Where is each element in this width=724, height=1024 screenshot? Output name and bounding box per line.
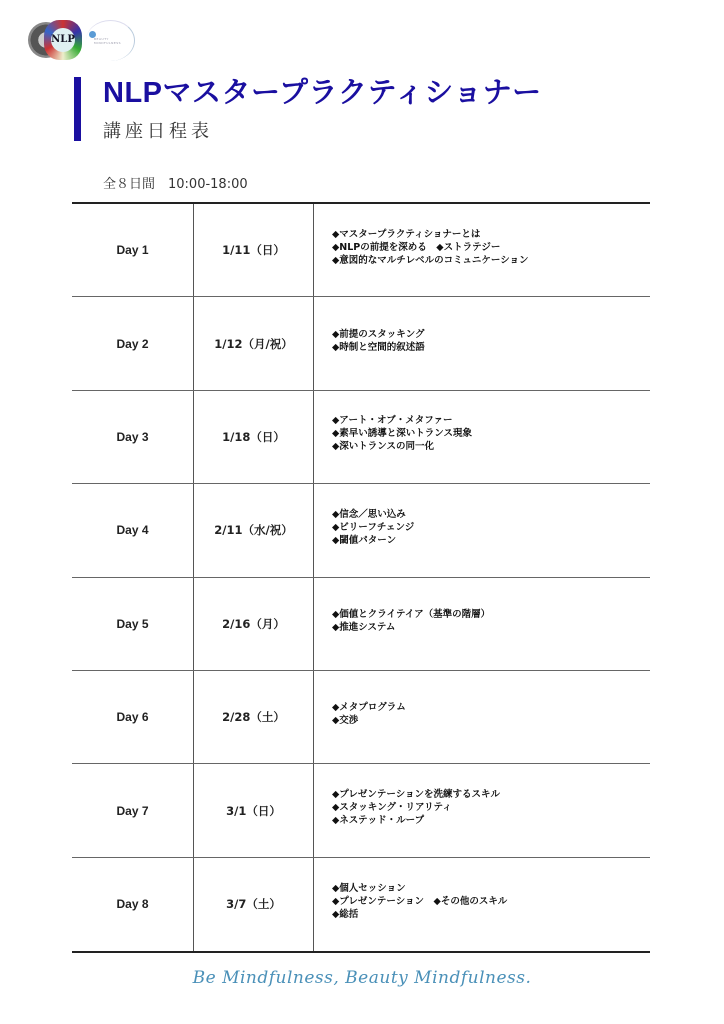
topics-cell: ◆メタプログラム ◆交渉: [314, 671, 650, 763]
date-cell: 2/11（水/祝）: [194, 484, 314, 576]
table-row: Day 2 1/12（月/祝） ◆前提のスタッキング ◆時制と空間的叙述語: [72, 297, 650, 390]
day-cell: Day 7: [72, 764, 194, 856]
day-cell: Day 8: [72, 858, 194, 951]
topic-item: ◆プレゼンテーションを洗練するスキル: [332, 788, 650, 801]
topic-item: ◆ビリーフチェンジ: [332, 521, 650, 534]
footer-tagline: Be Mindfulness, Beauty Mindfulness.: [0, 968, 724, 988]
nlp-logo-text: NLP: [51, 28, 75, 52]
nlp-logo-emblem: NLP: [44, 20, 82, 60]
table-row: Day 8 3/7（土） ◆個人セッション ◆プレゼンテーション ◆その他のスキ…: [72, 858, 650, 951]
topics-cell: ◆アート・オブ・メタファー ◆素早い誘導と深いトランス現象 ◆深いトランスの同一…: [314, 391, 650, 483]
topics-cell: ◆個人セッション ◆プレゼンテーション ◆その他のスキル ◆総括: [314, 858, 650, 951]
date-cell: 2/28（土）: [194, 671, 314, 763]
table-row: Day 6 2/28（土） ◆メタプログラム ◆交渉: [72, 671, 650, 764]
table-row: Day 1 1/11（日） ◆マスタープラクティショナーとは ◆NLPの前提を深…: [72, 204, 650, 297]
day-cell: Day 3: [72, 391, 194, 483]
topic-item: ◆プレゼンテーション ◆その他のスキル: [332, 895, 650, 908]
course-summary: 全８日間 10:00-18:00: [103, 173, 248, 192]
topic-item: ◆個人セッション: [332, 882, 650, 895]
topic-item: ◆マスタープラクティショナーとは: [332, 228, 650, 241]
topic-item: ◆意図的なマルチレベルのコミュニケーション: [332, 254, 650, 267]
nlp-logo: NLP: [28, 18, 80, 62]
topic-item: ◆ネステッド・ループ: [332, 814, 650, 827]
table-row: Day 3 1/18（日） ◆アート・オブ・メタファー ◆素早い誘導と深いトラン…: [72, 391, 650, 484]
table-row: Day 5 2/16（月） ◆価値とクライテイア（基準の階層） ◆推進システム: [72, 578, 650, 671]
schedule-table: Day 1 1/11（日） ◆マスタープラクティショナーとは ◆NLPの前提を深…: [72, 202, 650, 953]
topic-item: ◆深いトランスの同一化: [332, 440, 650, 453]
topics-cell: ◆プレゼンテーションを洗練するスキル ◆スタッキング・リアリティ ◆ネステッド・…: [314, 764, 650, 856]
date-cell: 3/7（土）: [194, 858, 314, 951]
topic-item: ◆推進システム: [332, 621, 650, 634]
page-subtitle: 講座日程表: [103, 117, 213, 143]
page-title: NLPマスタープラクティショナー: [103, 70, 542, 111]
day-cell: Day 4: [72, 484, 194, 576]
topics-cell: ◆マスタープラクティショナーとは ◆NLPの前提を深める ◆ストラテジー ◆意図…: [314, 204, 650, 296]
topic-item: ◆総括: [332, 908, 650, 921]
topics-cell: ◆前提のスタッキング ◆時制と空間的叙述語: [314, 297, 650, 389]
day-cell: Day 5: [72, 578, 194, 670]
topic-item: ◆前提のスタッキング: [332, 328, 650, 341]
topics-cell: ◆信念／思い込み ◆ビリーフチェンジ ◆閾値パターン: [314, 484, 650, 576]
day-cell: Day 1: [72, 204, 194, 296]
topic-item: ◆アート・オブ・メタファー: [332, 414, 650, 427]
beauty-mindfulness-logo: BEAUTY MINDFULNESS: [86, 20, 135, 61]
topic-item: ◆価値とクライテイア（基準の階層）: [332, 608, 650, 621]
topic-item: ◆交渉: [332, 714, 650, 727]
logos: NLP BEAUTY MINDFULNESS: [28, 18, 135, 62]
day-cell: Day 2: [72, 297, 194, 389]
date-cell: 1/12（月/祝）: [194, 297, 314, 389]
topic-item: ◆素早い誘導と深いトランス現象: [332, 427, 650, 440]
topic-item: ◆時制と空間的叙述語: [332, 341, 650, 354]
date-cell: 1/18（日）: [194, 391, 314, 483]
day-cell: Day 6: [72, 671, 194, 763]
date-cell: 3/1（日）: [194, 764, 314, 856]
topic-item: ◆信念／思い込み: [332, 508, 650, 521]
bm-logo-text: BEAUTY MINDFULNESS: [94, 37, 134, 45]
title-accent-bar: [74, 77, 81, 141]
topic-item: ◆閾値パターン: [332, 534, 650, 547]
date-cell: 1/11（日）: [194, 204, 314, 296]
topic-item: ◆スタッキング・リアリティ: [332, 801, 650, 814]
topic-item: ◆NLPの前提を深める ◆ストラテジー: [332, 241, 650, 254]
table-row: Day 7 3/1（日） ◆プレゼンテーションを洗練するスキル ◆スタッキング・…: [72, 764, 650, 857]
table-row: Day 4 2/11（水/祝） ◆信念／思い込み ◆ビリーフチェンジ ◆閾値パタ…: [72, 484, 650, 577]
date-cell: 2/16（月）: [194, 578, 314, 670]
topic-item: ◆メタプログラム: [332, 701, 650, 714]
topics-cell: ◆価値とクライテイア（基準の階層） ◆推進システム: [314, 578, 650, 670]
